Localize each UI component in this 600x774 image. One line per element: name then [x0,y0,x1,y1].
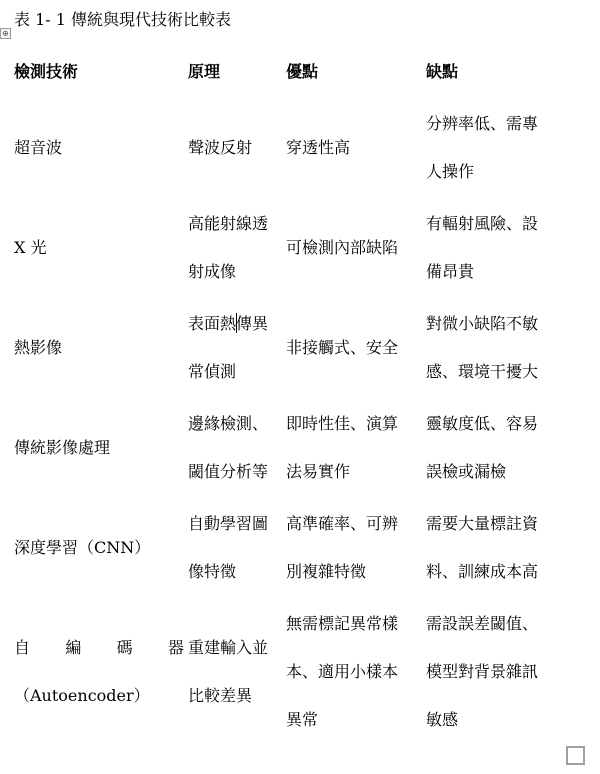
cell-disadvantage: 分辨率低、需專 人操作 [426,112,538,184]
char: 碼 [117,636,133,660]
cell-line: 表面熱傳異 [188,312,268,336]
cell-technique: X 光 [14,236,46,260]
cell-advantage: 可檢測內部缺陷 [286,236,398,260]
cell-principle: 高能射線透 射成像 [188,212,268,284]
cell-technique: 傳統影像處理 [14,436,110,460]
cell-line: 邊緣檢測、 [188,412,268,436]
cell-line: 比較差異 [188,684,268,708]
text-after-cursor: 傳異 [236,314,268,333]
cell-line: 人操作 [426,160,538,184]
cell-line: 自動學習圖 [188,512,268,536]
cell-line: 分辨率低、需專 [426,112,538,136]
cell-line: 靈敏度低、容易 [426,412,538,436]
cell-line: 需要大量標註資 [426,512,538,536]
cell-technique-line2: （Autoencoder） [14,684,150,708]
cell-line: 像特徵 [188,560,268,584]
cell-disadvantage: 靈敏度低、容易 誤檢或漏檢 [426,412,538,484]
cell-technique: 超音波 [14,136,62,160]
header-advantage: 優點 [286,60,318,84]
cell-principle: 邊緣檢測、 閾值分析等 [188,412,268,484]
cell-line: 自 編 碼 器 [14,636,184,660]
cell-line: 別複雜特徵 [286,560,398,584]
cell-line: 需設誤差閾值、 [426,612,538,636]
cell-advantage: 非接觸式、安全 [286,336,398,360]
char: 編 [65,636,81,660]
cell-line: 高能射線透 [188,212,268,236]
cell-disadvantage: 對微小缺陷不敏 感、環境干擾大 [426,312,538,384]
cell-line: 無需標記異常樣 [286,612,398,636]
text-before-cursor: 表面熱 [188,314,236,333]
cell-line: 常偵測 [188,360,268,384]
cell-line: 重建輸入並 [188,636,268,660]
cell-technique: 熱影像 [14,336,62,360]
cell-technique: 深度學習（CNN） [14,536,150,560]
cell-advantage: 高準確率、可辨 別複雜特徵 [286,512,398,584]
char: 器 [168,636,184,660]
header-disadvantage: 缺點 [426,60,458,84]
cell-disadvantage: 需要大量標註資 料、訓練成本高 [426,512,538,584]
header-principle: 原理 [188,60,220,84]
cell-principle: 自動學習圖 像特徵 [188,512,268,584]
cell-advantage: 無需標記異常樣 本、適用小樣本 異常 [286,612,398,732]
table-resize-handle-icon[interactable] [566,746,585,765]
cell-line: 高準確率、可辨 [286,512,398,536]
cell-line: 射成像 [188,260,268,284]
cell-line: 感、環境干擾大 [426,360,538,384]
header-technique: 檢測技術 [14,60,78,84]
cell-line: 料、訓練成本高 [426,560,538,584]
cell-line: 模型對背景雜訊 [426,660,538,684]
cell-technique: 自 編 碼 器 [14,636,184,660]
cell-advantage: 穿透性高 [286,136,350,160]
cell-principle: 聲波反射 [188,136,252,160]
cell-disadvantage: 需設誤差閾值、 模型對背景雜訊 敏感 [426,612,538,732]
cell-advantage: 即時性佳、演算 法易實作 [286,412,398,484]
cell-line: 法易實作 [286,460,398,484]
table-caption: 表 1- 1 傳統與現代技術比較表 [14,9,231,31]
char: 自 [14,636,30,660]
cell-line: 誤檢或漏檢 [426,460,538,484]
table-move-handle-icon[interactable]: ⊕ [0,28,11,39]
cell-line: 對微小缺陷不敏 [426,312,538,336]
cell-line: 閾值分析等 [188,460,268,484]
cell-principle: 重建輸入並 比較差異 [188,636,268,708]
cell-disadvantage: 有輻射風險、設 備昂貴 [426,212,538,284]
cell-line: 備昂貴 [426,260,538,284]
cell-line: 敏感 [426,708,538,732]
cell-line: 異常 [286,708,398,732]
cell-line: 本、適用小樣本 [286,660,398,684]
cell-line: 有輻射風險、設 [426,212,538,236]
cell-line: 即時性佳、演算 [286,412,398,436]
cell-principle: 表面熱傳異 常偵測 [188,312,268,384]
